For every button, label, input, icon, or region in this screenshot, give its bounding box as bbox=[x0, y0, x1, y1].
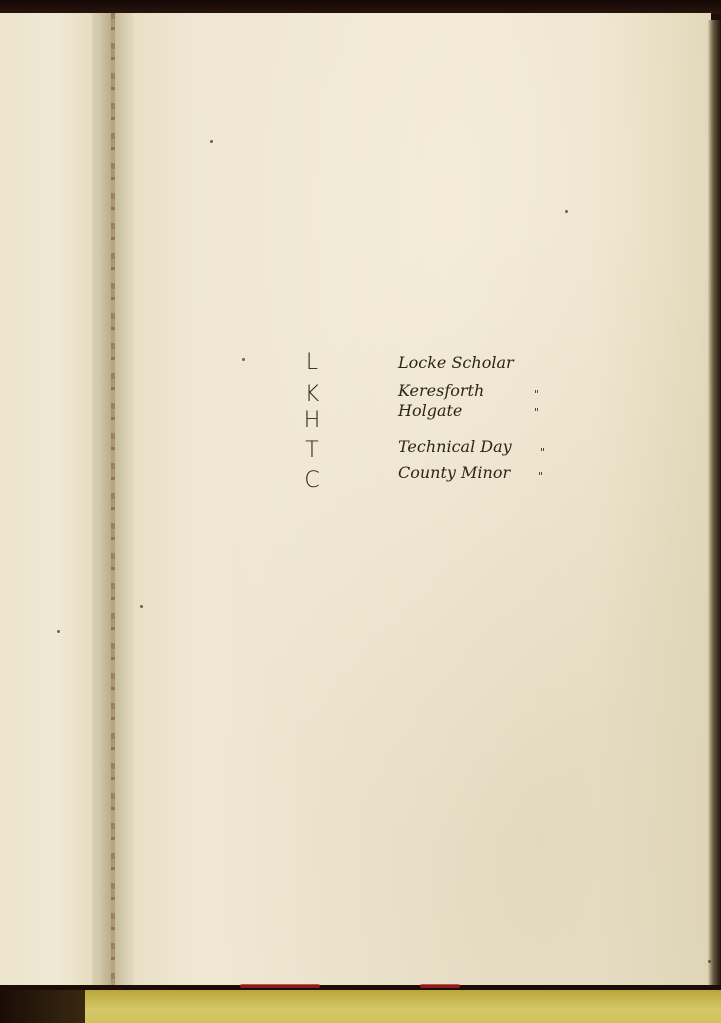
book-bottom-left-shadow bbox=[0, 990, 90, 1023]
ink-speck bbox=[140, 605, 143, 608]
ditto-mark: " bbox=[534, 388, 539, 401]
key-description: Keresforth bbox=[398, 381, 484, 400]
spine-crease bbox=[111, 13, 115, 988]
ink-speck bbox=[210, 140, 213, 143]
ink-speck bbox=[565, 210, 568, 213]
scan-background bbox=[85, 990, 721, 1023]
key-letter: K bbox=[300, 382, 324, 407]
ink-speck bbox=[57, 630, 60, 633]
book-top-edge bbox=[0, 0, 721, 14]
left-page bbox=[0, 13, 95, 988]
key-letter: T bbox=[300, 438, 324, 463]
ditto-mark: " bbox=[540, 446, 545, 459]
key-description: Holgate bbox=[398, 401, 462, 420]
key-description: County Minor bbox=[398, 463, 510, 482]
ditto-mark: " bbox=[538, 470, 543, 483]
key-description: Locke Scholar bbox=[398, 353, 514, 372]
key-letter: C bbox=[300, 468, 324, 493]
right-page bbox=[133, 13, 711, 988]
key-letter: L bbox=[300, 350, 324, 375]
key-letter: H bbox=[300, 408, 324, 433]
ink-speck bbox=[708, 960, 711, 963]
page-right-edge bbox=[708, 20, 721, 990]
key-description: Technical Day bbox=[398, 437, 512, 456]
ditto-mark: " bbox=[534, 406, 539, 419]
red-stain bbox=[240, 984, 320, 988]
ink-speck bbox=[242, 358, 245, 361]
red-stain bbox=[420, 984, 460, 988]
